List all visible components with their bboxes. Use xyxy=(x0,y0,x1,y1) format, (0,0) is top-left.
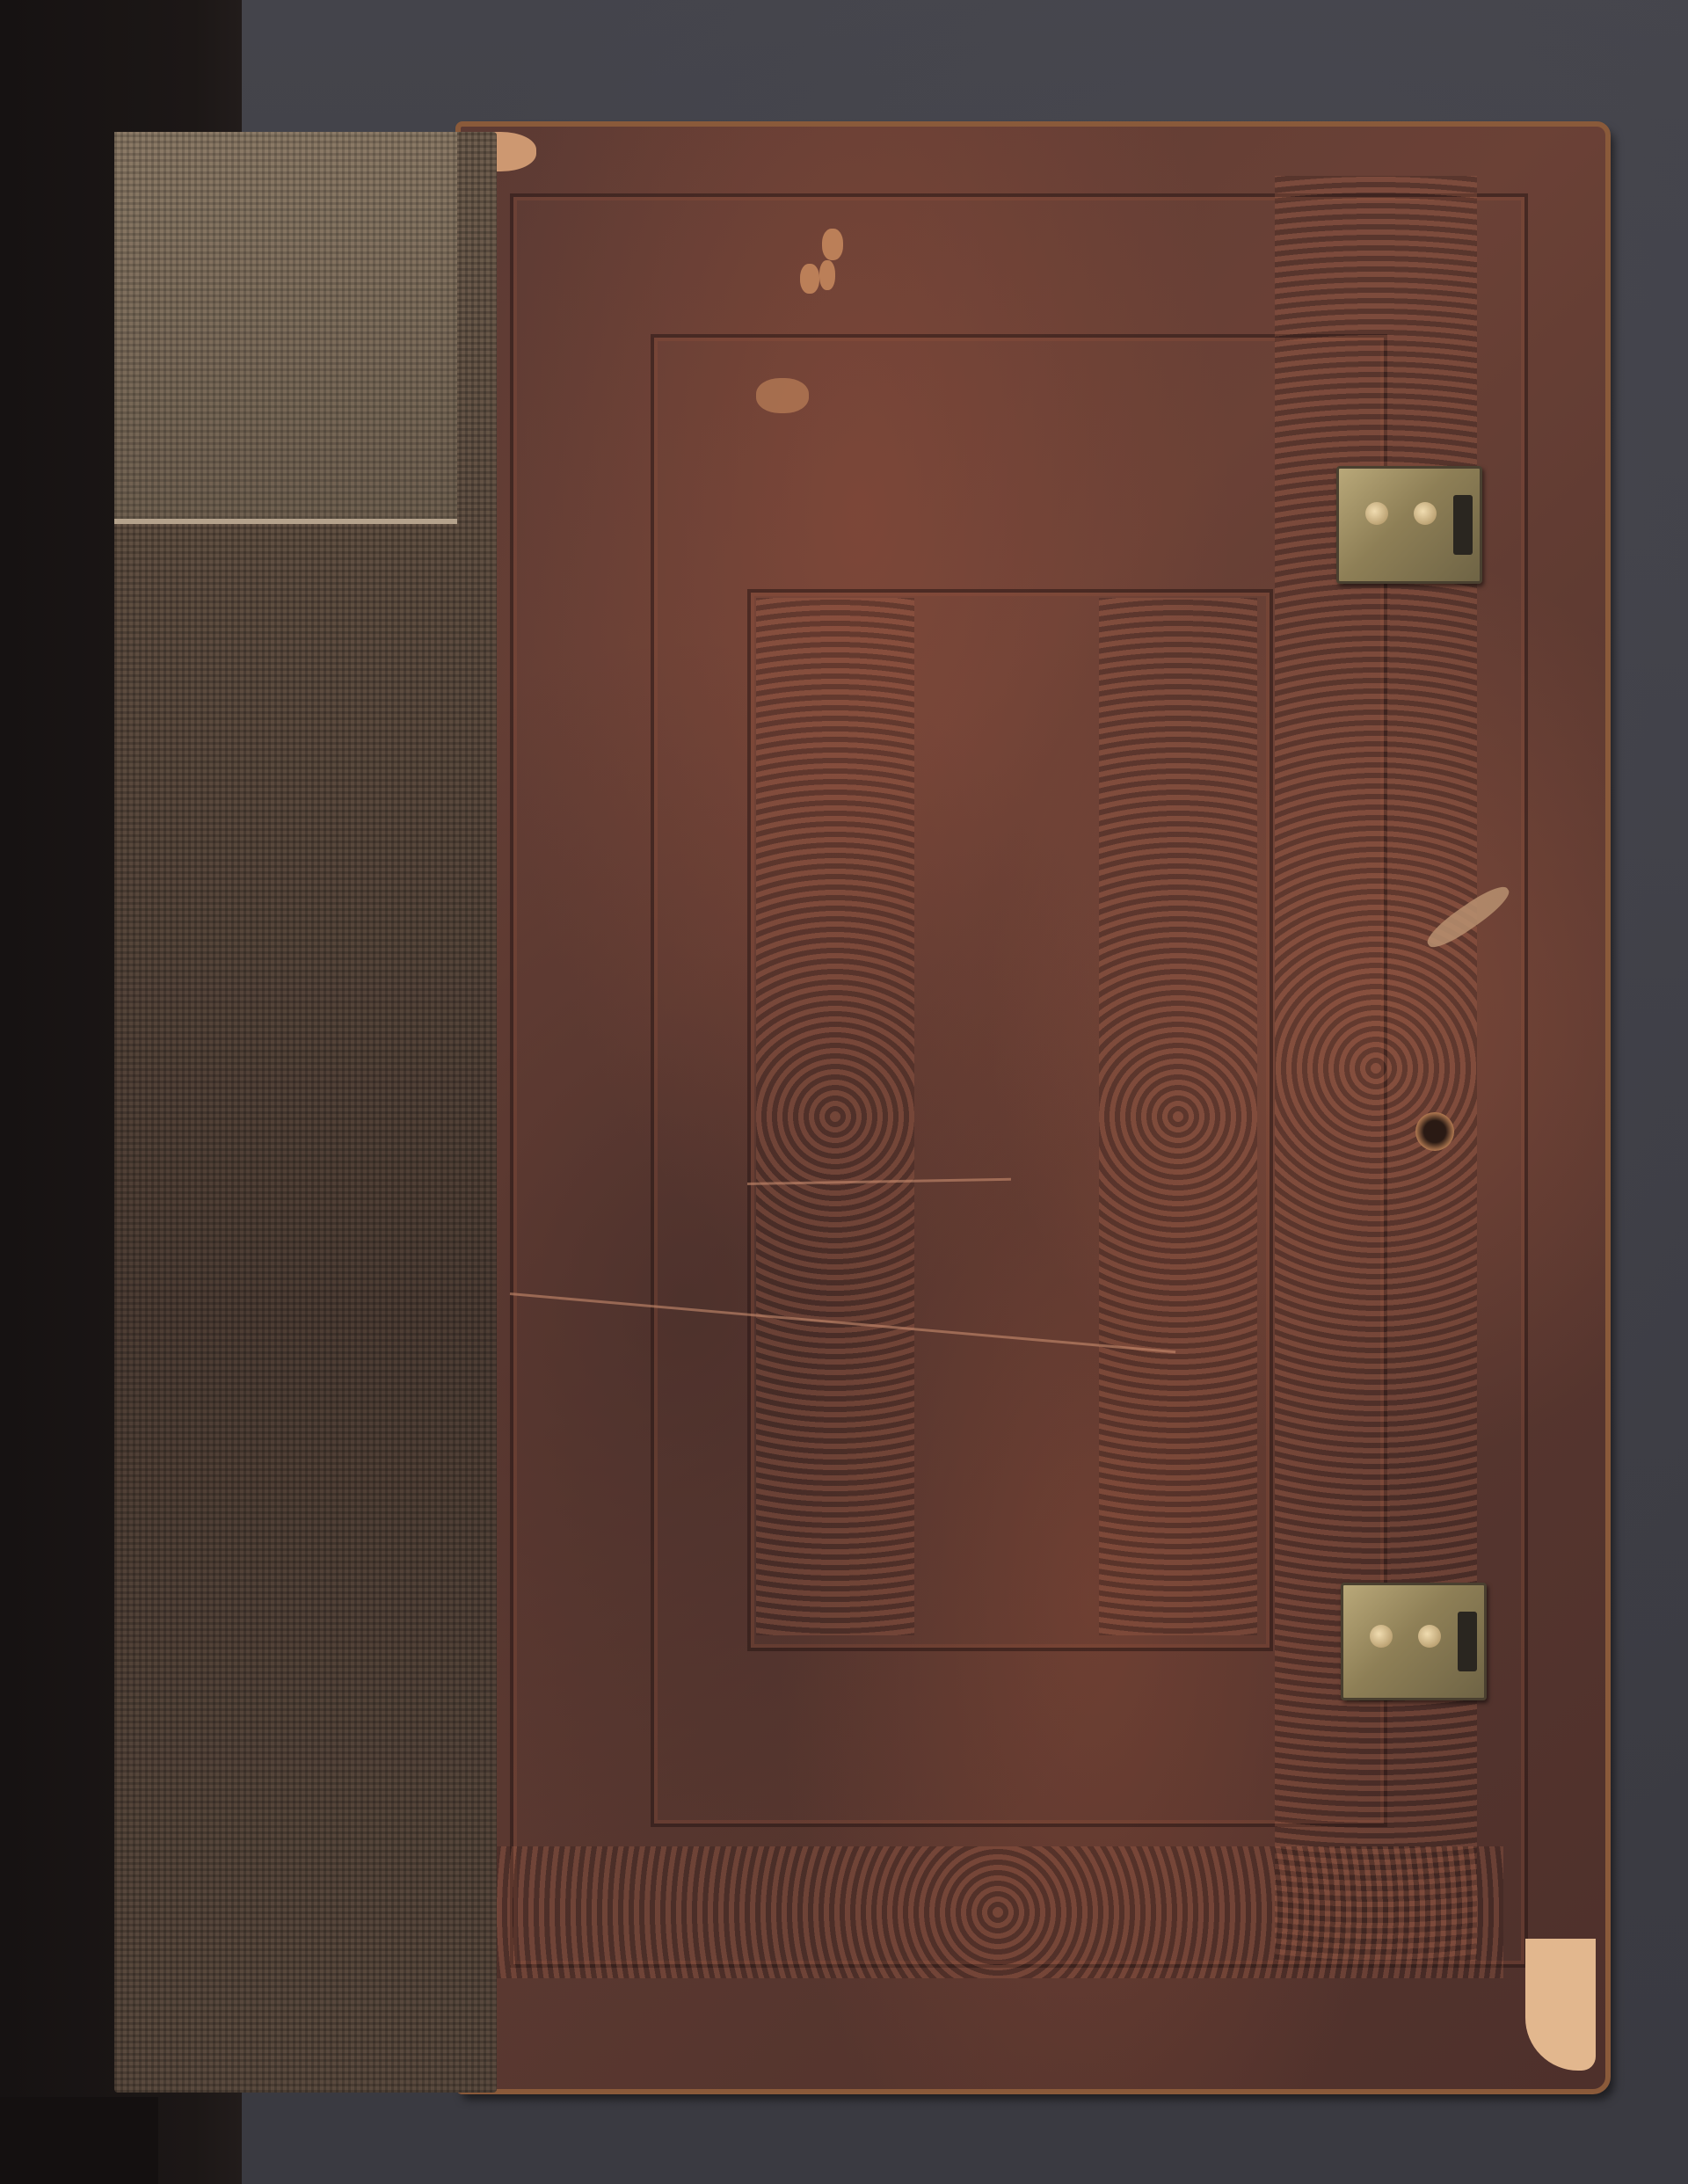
clasp-slot xyxy=(1453,495,1473,555)
leather-scuff xyxy=(756,378,809,413)
leather-board xyxy=(457,123,1609,2093)
clasp-rivet xyxy=(1365,502,1388,525)
leather-scuff xyxy=(822,229,843,260)
floral-roll-panel-right xyxy=(1099,598,1257,1635)
floral-roll-border-bottom xyxy=(492,1846,1503,1978)
clasp-slot xyxy=(1458,1612,1477,1671)
clasp-rivet xyxy=(1370,1625,1393,1648)
nail-hole xyxy=(1415,1112,1454,1151)
book xyxy=(114,123,1499,2101)
brass-clasp-upper xyxy=(1336,466,1482,584)
leather-scuff xyxy=(800,264,819,294)
backdrop-dark-corner xyxy=(0,2097,158,2184)
leather-scuff xyxy=(819,260,835,290)
worn-corner xyxy=(1525,1939,1596,2071)
cloth-spine-patch xyxy=(114,132,457,524)
brass-clasp-lower xyxy=(1341,1583,1487,1700)
clasp-rivet xyxy=(1418,1625,1441,1648)
clasp-rivet xyxy=(1414,502,1437,525)
floral-roll-panel-left xyxy=(756,598,914,1635)
